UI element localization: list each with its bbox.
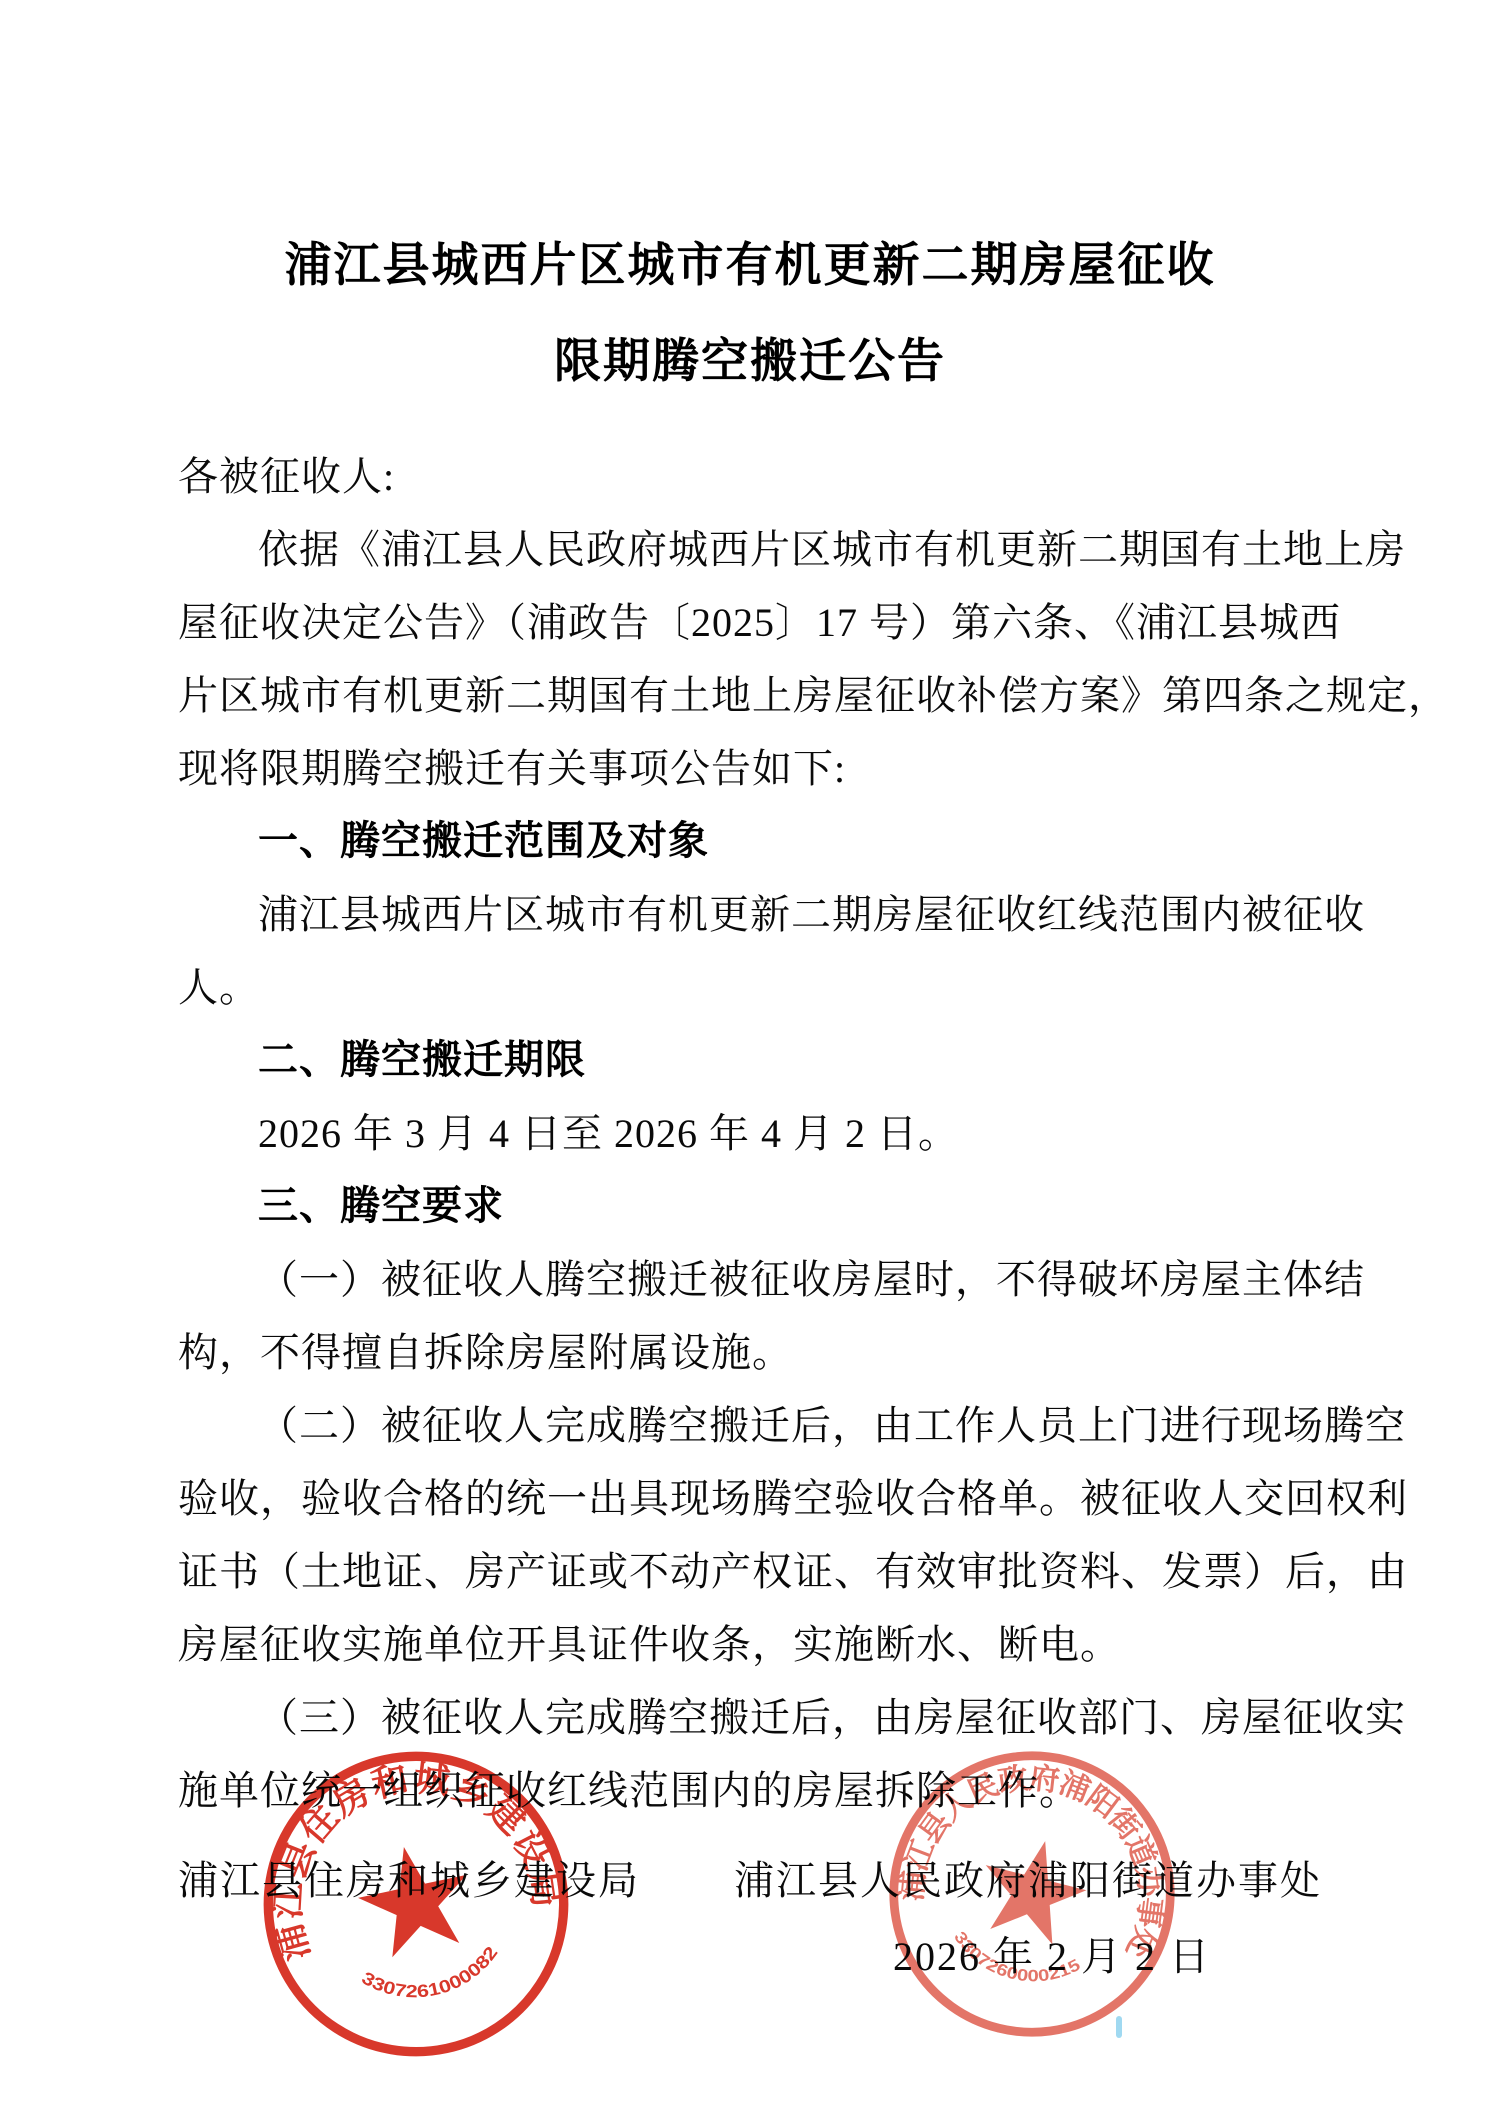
document-line: （二）被征收人完成腾空搬迁后，由工作人员上门进行现场腾空 [178, 1389, 1322, 1462]
document-line: （三）被征收人完成腾空搬迁后，由房屋征收部门、房屋征收实 [178, 1681, 1322, 1754]
salutation-line: 各被征收人: [178, 440, 1322, 513]
announcement-page: 浦江县城西片区城市有机更新二期房屋征收 限期腾空搬迁公告 各被征收人: 依据《浦… [0, 0, 1500, 2121]
document-line: 屋征收决定公告》（浦政告〔2025〕17 号）第六条、《浦江县城西 [178, 586, 1322, 659]
document-line: 片区城市有机更新二期国有土地上房屋征收补偿方案》第四条之规定， [178, 659, 1322, 732]
document-body: 各被征收人: 依据《浦江县人民政府城西片区城市有机更新二期国有土地上房 屋征收决… [178, 440, 1322, 1827]
document-line: 人。 [178, 951, 1322, 1024]
svg-text:3307261000082: 3307261000082 [355, 1940, 508, 2014]
section-heading-1: 一、腾空搬迁范围及对象 [178, 805, 1322, 878]
document-line: 依据《浦江县人民政府城西片区城市有机更新二期国有土地上房 [178, 513, 1322, 586]
blue-ink-mark [1116, 2016, 1122, 2038]
document-line: 施单位统一组织征收红线范围内的房屋拆除工作。 [178, 1754, 1322, 1827]
document-date: 2026 年 2 月 2 日 [893, 1928, 1211, 1986]
section-heading-2: 二、腾空搬迁期限 [178, 1024, 1322, 1097]
signature-left-agency: 浦江县住房和城乡建设局 [178, 1852, 640, 1910]
seal-serial-number: 3307261000082 [355, 1940, 508, 2014]
document-title: 浦江县城西片区城市有机更新二期房屋征收 限期腾空搬迁公告 [178, 218, 1322, 410]
signature-row: 浦江县住房和城乡建设局 浦江县人民政府浦阳街道办事处 [178, 1852, 1322, 1910]
section-heading-3: 三、腾空要求 [178, 1170, 1322, 1243]
document-line: 房屋征收实施单位开具证件收条，实施断水、断电。 [178, 1608, 1322, 1681]
document-line: 浦江县城西片区城市有机更新二期房屋征收红线范围内被征收 [178, 878, 1322, 951]
signature-right-agency: 浦江县人民政府浦阳街道办事处 [734, 1852, 1322, 1910]
document-title-line-2: 限期腾空搬迁公告 [178, 314, 1322, 410]
document-line: 现将限期腾空搬迁有关事项公告如下: [178, 732, 1322, 805]
document-line: （一）被征收人腾空搬迁被征收房屋时，不得破坏房屋主体结 [178, 1243, 1322, 1316]
relocation-period-line: 2026 年 3 月 4 日至 2026 年 4 月 2 日。 [178, 1097, 1322, 1170]
document-line: 构，不得擅自拆除房屋附属设施。 [178, 1316, 1322, 1389]
document-title-line-1: 浦江县城西片区城市有机更新二期房屋征收 [178, 218, 1322, 314]
document-line: 验收，验收合格的统一出具现场腾空验收合格单。被征收人交回权利 [178, 1462, 1322, 1535]
document-line: 证书（土地证、房产证或不动产权证、有效审批资料、发票）后，由 [178, 1535, 1322, 1608]
